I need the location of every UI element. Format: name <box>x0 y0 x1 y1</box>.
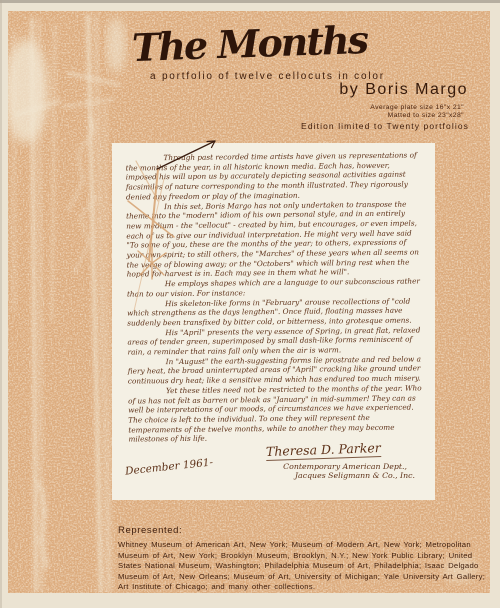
letter-paragraph: His "April" presents the very essence of… <box>127 325 421 357</box>
letter-paragraph: His skeleton-like forms in "February" ar… <box>127 296 421 328</box>
signature: Theresa D. Parker <box>266 440 381 461</box>
edition-note: Edition limited to Twenty portfolios <box>301 121 469 131</box>
tan-print-field: The Months a portfolio of twelve cellocu… <box>8 11 490 593</box>
signature-company: Jacques Seligmann & Co., Inc. <box>266 471 415 480</box>
signature-block: Theresa D. Parker Contemporary American … <box>266 442 415 480</box>
represented-collections: Whitney Museum of American Art, New York… <box>118 540 486 593</box>
plate-size-note: Average plate size 16"x 21" Matted to si… <box>370 104 464 120</box>
plate-size-line2: Matted to size 23"x28" <box>370 112 464 120</box>
letter-paragraph: Through past recorded time artists have … <box>125 150 419 202</box>
letter-panel: Through past recorded time artists have … <box>112 143 435 500</box>
letter-paragraph: In "August" the earth-suggesting forms l… <box>128 354 422 386</box>
letter-date: December 1961- <box>125 456 214 477</box>
page-title: The Months <box>131 17 367 70</box>
byline: by Boris Margo <box>339 81 468 99</box>
signature-department: Contemporary American Dept., <box>266 462 407 471</box>
plate-size-line1: Average plate size 16"x 21" <box>370 104 464 112</box>
poster-scan: The Months a portfolio of twelve cellocu… <box>0 0 500 608</box>
letter-text: Through past recorded time artists have … <box>125 150 422 444</box>
represented-heading: Represented: <box>118 525 486 536</box>
represented-section: Represented: Whitney Museum of American … <box>118 525 486 593</box>
scan-edge <box>0 0 500 3</box>
letter-paragraph: In this set, Boris Margo has not only un… <box>126 199 421 280</box>
letter-paragraph: Yet these titles need not be restricted … <box>128 383 423 444</box>
scan-edge <box>0 0 2 608</box>
